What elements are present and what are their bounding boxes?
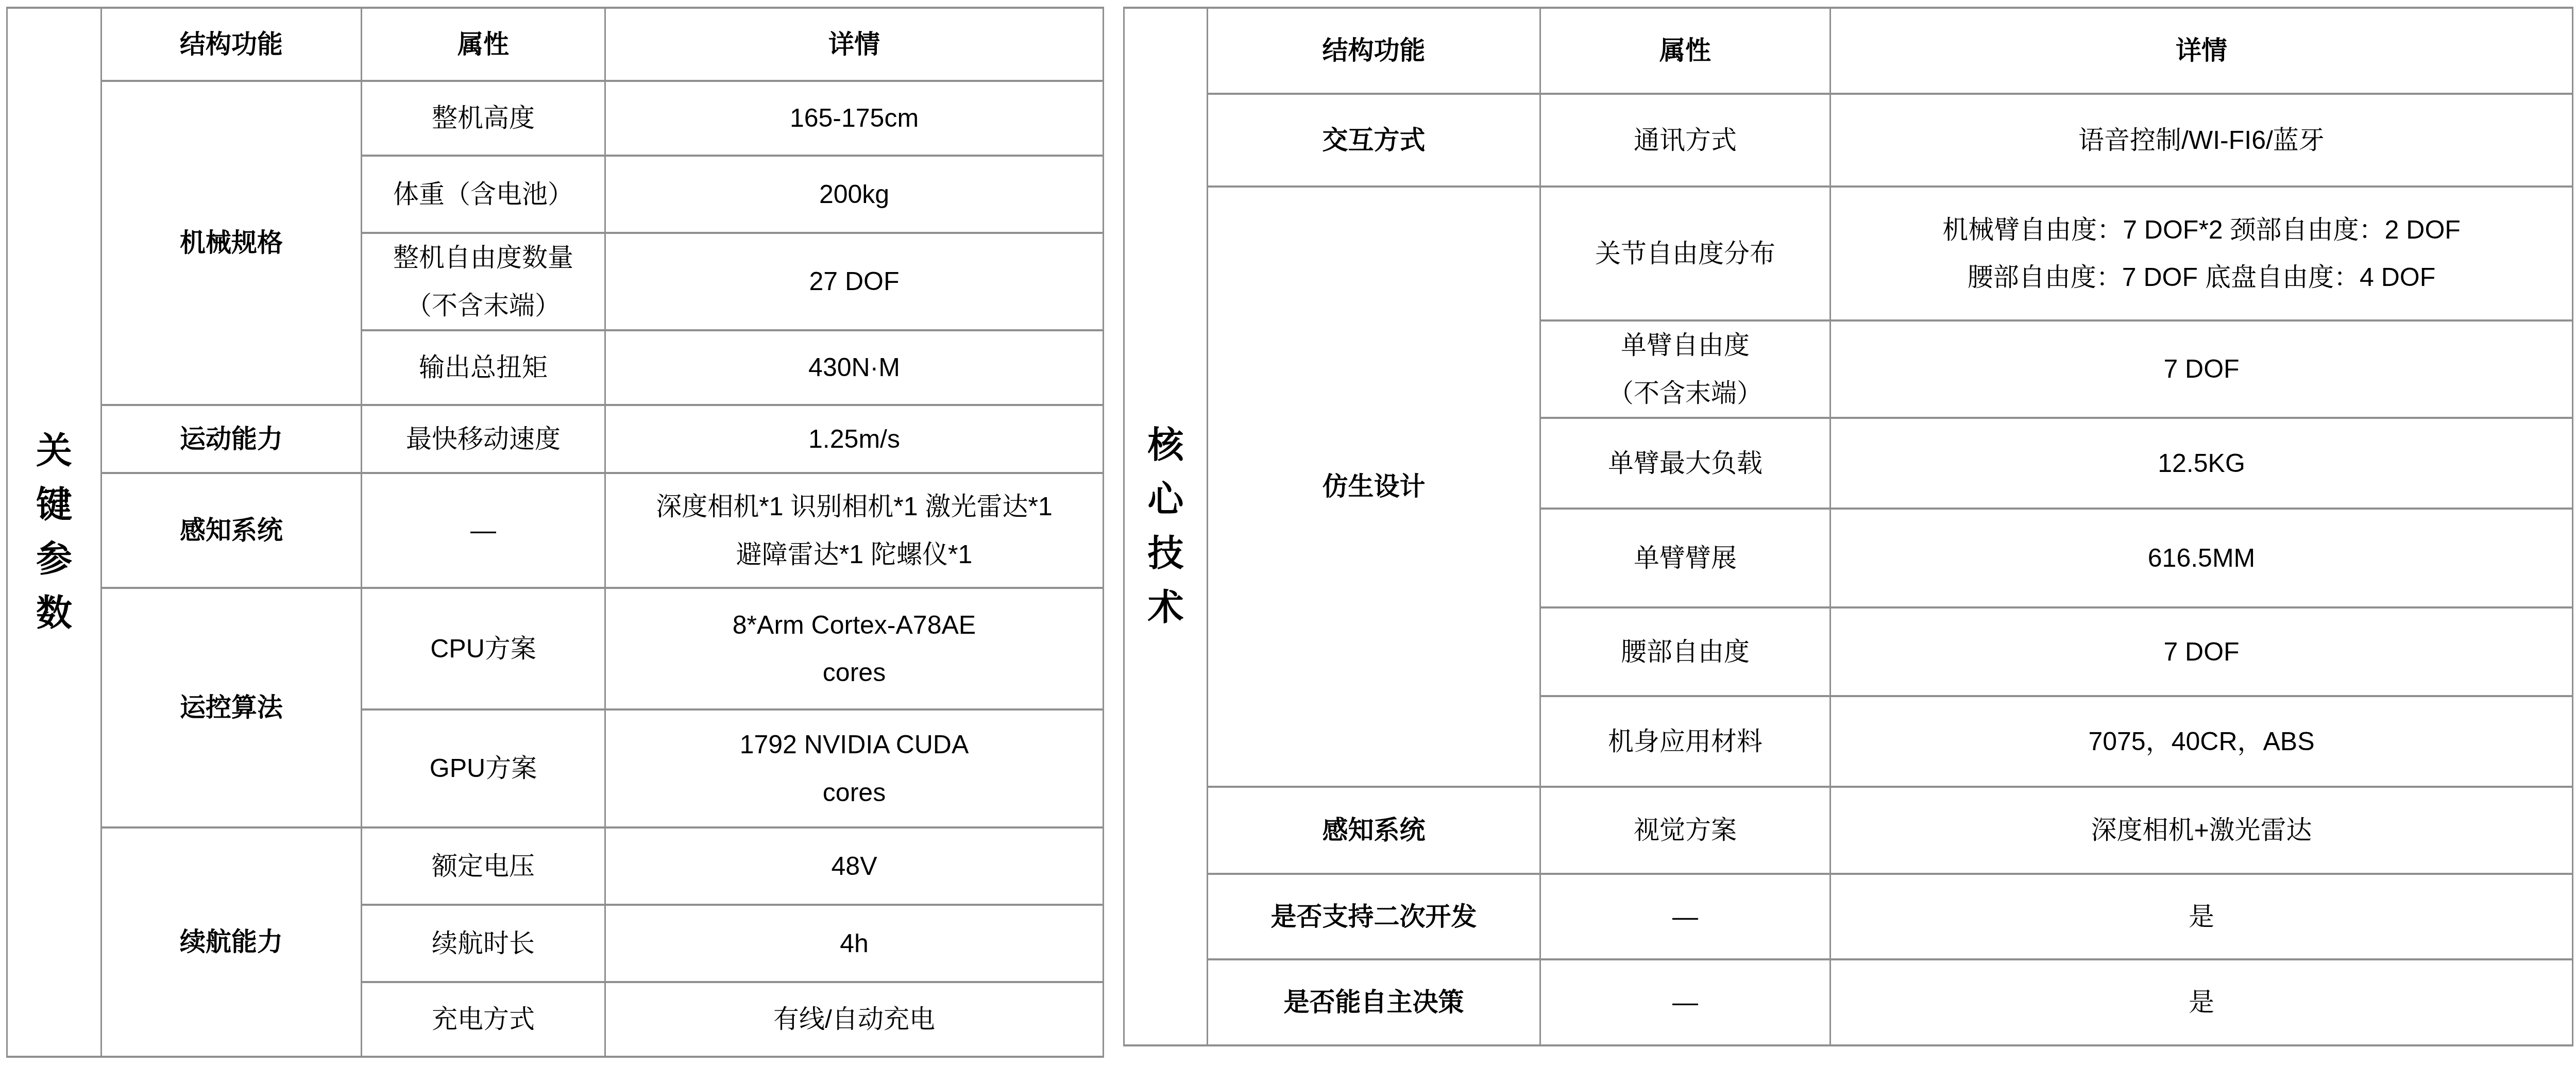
attribute-cell: 最快移动速度 [362, 405, 605, 473]
group-label-perception-system: 感知系统 [1208, 787, 1540, 874]
group-label-mechanical-spec: 机械规格 [101, 81, 362, 405]
attribute-cell: 通讯方式 [1540, 94, 1831, 187]
attribute-cell: 输出总扭矩 [362, 330, 605, 405]
detail-cell: 165-175cm [605, 81, 1104, 156]
attribute-cell: 单臂臂展 [1540, 509, 1831, 607]
detail-cell: 语音控制/WI-FI6/蓝牙 [1831, 94, 2573, 187]
attribute-cell: 整机高度 [362, 81, 605, 156]
detail-cell: 430N·M [605, 330, 1104, 405]
attribute-cell: 充电方式 [362, 982, 605, 1057]
attribute-cell: 视觉方案 [1540, 787, 1831, 874]
group-label-motion-control-algorithm: 运控算法 [101, 588, 362, 827]
group-label-bionic-design: 仿生设计 [1208, 187, 1540, 787]
attribute-cell: 腰部自由度 [1540, 607, 1831, 696]
attribute-cell: — [1540, 959, 1831, 1045]
attribute-cell: 单臂自由度 （不含末端） [1540, 320, 1831, 418]
header-details: 详情 [605, 8, 1104, 81]
attribute-cell: 续航时长 [362, 905, 605, 982]
header-attribute: 属性 [362, 8, 605, 81]
header-attribute: 属性 [1540, 8, 1831, 94]
core-technology-table: 核 心 技 术 结构功能 属性 详情 交互方式 通讯方式 语音控制/WI-FI6… [1123, 7, 2573, 1046]
header-details: 详情 [1831, 8, 2573, 94]
group-label-endurance: 续航能力 [101, 827, 362, 1057]
detail-cell: 深度相机*1 识别相机*1 激光雷达*1 避障雷达*1 陀螺仪*1 [605, 473, 1104, 588]
detail-cell: 27 DOF [605, 233, 1104, 330]
detail-cell: 616.5MM [1831, 509, 2573, 607]
detail-cell: 8*Arm Cortex-A78AE cores [605, 588, 1104, 709]
detail-cell: 12.5KG [1831, 418, 2573, 509]
detail-cell: 有线/自动充电 [605, 982, 1104, 1057]
side-title-text: 关 键 参 数 [36, 424, 72, 640]
group-label-perception-system: 感知系统 [101, 473, 362, 588]
detail-cell: 7075，40CR，ABS [1831, 696, 2573, 787]
detail-cell: 是 [1831, 874, 2573, 959]
attribute-cell: CPU方案 [362, 588, 605, 709]
detail-cell: 是 [1831, 959, 2573, 1045]
attribute-cell: — [1540, 874, 1831, 959]
group-label-autonomous-decision: 是否能自主决策 [1208, 959, 1540, 1045]
attribute-cell: 额定电压 [362, 827, 605, 905]
detail-cell: 4h [605, 905, 1104, 982]
detail-cell: 48V [605, 827, 1104, 905]
attribute-cell: 机身应用材料 [1540, 696, 1831, 787]
side-title-text: 核 心 技 术 [1148, 418, 1184, 635]
detail-cell: 7 DOF [1831, 607, 2573, 696]
side-title-core-technology: 核 心 技 术 [1124, 8, 1208, 1045]
attribute-cell: — [362, 473, 605, 588]
attribute-cell: 整机自由度数量 （不含末端） [362, 233, 605, 330]
attribute-cell: 单臂最大负载 [1540, 418, 1831, 509]
detail-cell: 1792 NVIDIA CUDA cores [605, 709, 1104, 827]
header-structure-function: 结构功能 [101, 8, 362, 81]
detail-cell: 机械臂自由度：7 DOF*2 颈部自由度：2 DOF 腰部自由度：7 DOF 底… [1831, 187, 2573, 320]
header-structure-function: 结构功能 [1208, 8, 1540, 94]
attribute-cell: GPU方案 [362, 709, 605, 827]
attribute-cell: 关节自由度分布 [1540, 187, 1831, 320]
group-label-interaction-mode: 交互方式 [1208, 94, 1540, 187]
detail-cell: 200kg [605, 156, 1104, 233]
group-label-secondary-development: 是否支持二次开发 [1208, 874, 1540, 959]
group-label-motion-capability: 运动能力 [101, 405, 362, 473]
detail-cell: 1.25m/s [605, 405, 1104, 473]
key-parameters-table: 关 键 参 数 结构功能 属性 详情 机械规格 整机高度 165-175cm 体… [6, 7, 1104, 1058]
attribute-cell: 体重（含电池） [362, 156, 605, 233]
side-title-key-parameters: 关 键 参 数 [7, 8, 101, 1057]
detail-cell: 7 DOF [1831, 320, 2573, 418]
detail-cell: 深度相机+激光雷达 [1831, 787, 2573, 874]
